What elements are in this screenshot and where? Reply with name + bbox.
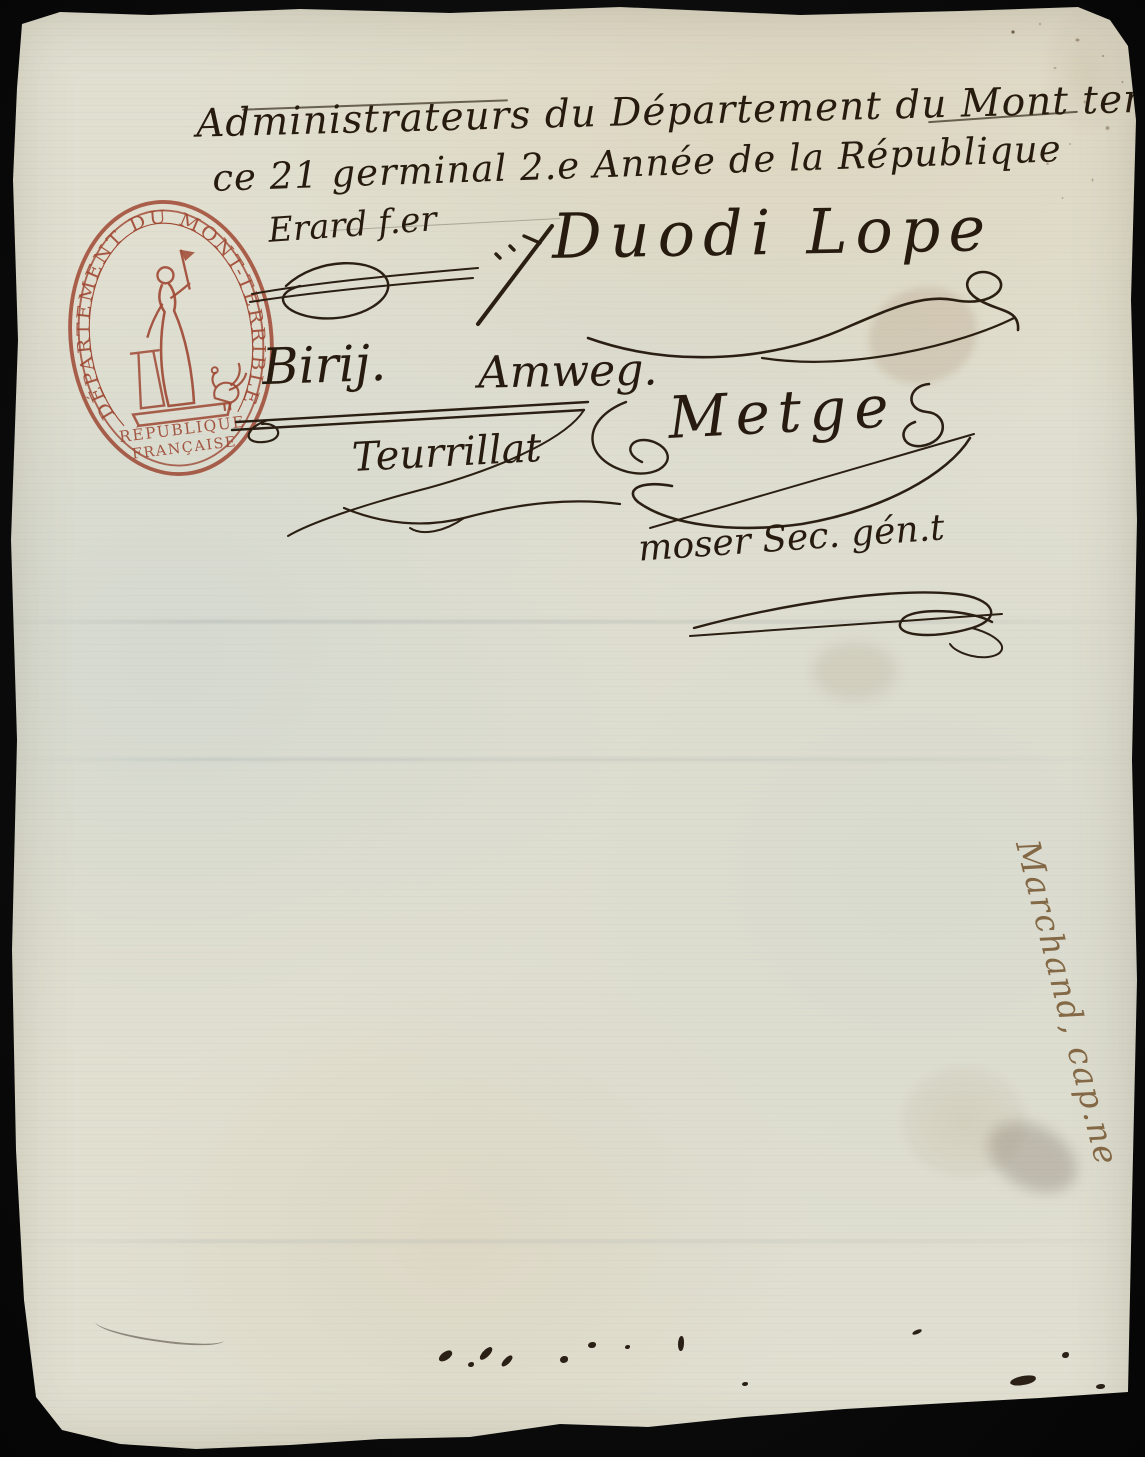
ink-spot [500,1354,514,1368]
ink-spot [1062,1352,1069,1358]
flourish-teurrillat-underline [338,478,630,536]
signature-amweg: Amweg. [478,344,658,398]
document-photo: Administrateurs du Département du Mont t… [0,0,1145,1457]
signature-erard: Erard f.er [267,199,438,251]
ink-spot [560,1356,568,1363]
signature-duodi-lope: Duodi Lope [551,192,993,273]
fold-line [0,1240,1145,1243]
ink-spot [478,1346,495,1362]
ink-spot [437,1349,454,1363]
fold-line [0,758,1145,761]
flourish-erard-paraph [248,248,483,333]
flourish-moser-paraph [688,578,1020,660]
ink-spot [625,1345,630,1349]
ink-spot [742,1382,748,1386]
ink-spot [1010,1374,1037,1387]
document-page: Administrateurs du Département du Mont t… [0,0,1145,1457]
ink-spot [588,1342,596,1348]
ink-mark-slash [466,220,561,330]
stamp-ring-text: DÉPARTEMENT DU MONT-TERRIBLE [58,196,277,431]
svg-text:DÉPARTEMENT DU MONT-TERRIBLE: DÉPARTEMENT DU MONT-TERRIBLE [58,196,277,431]
signature-birij: Birij. [261,334,387,396]
ink-spot [678,1336,684,1351]
ink-spot [468,1362,474,1367]
pencil-mark [94,1311,226,1351]
ink-spot [912,1328,923,1335]
ink-spot [1096,1384,1105,1389]
